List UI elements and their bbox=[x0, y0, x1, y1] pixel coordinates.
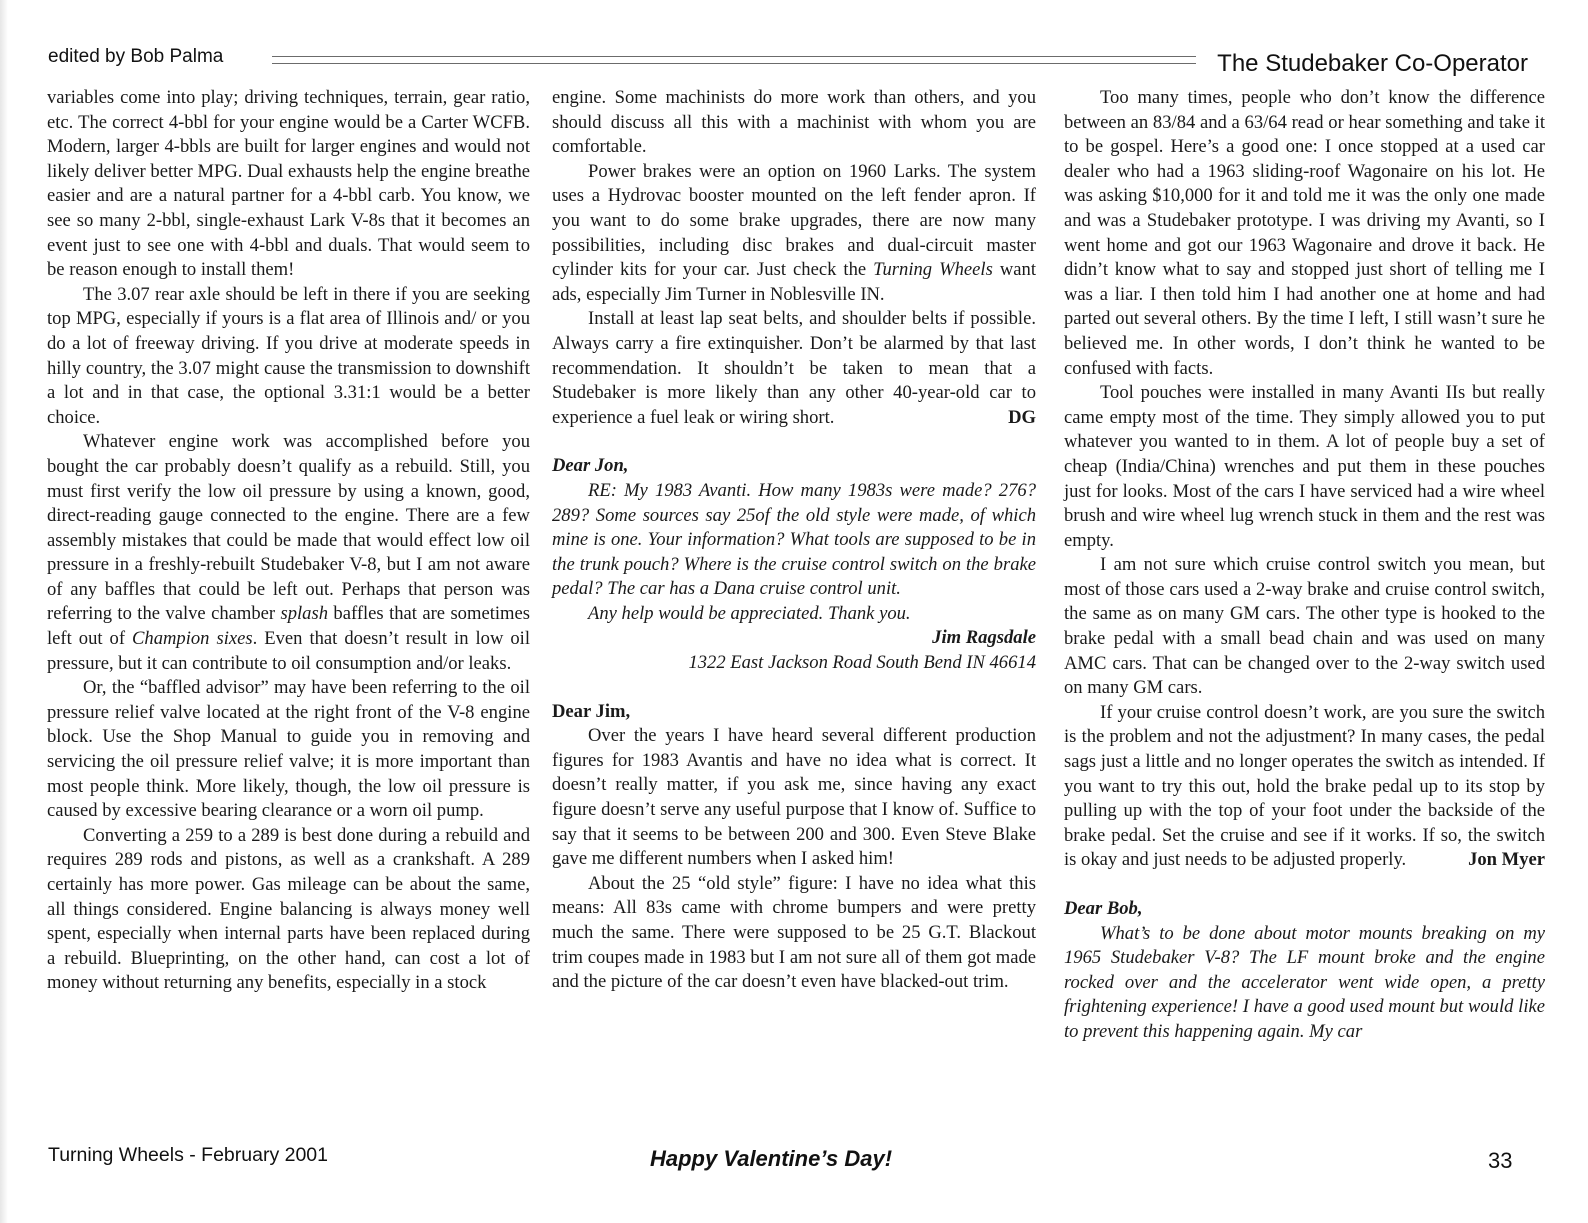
letter-signature: Jim Ragsdale bbox=[552, 626, 1036, 651]
paragraph: Or, the “baffled advisor” may have been … bbox=[47, 676, 530, 824]
paragraph: Over the years I have heard several diff… bbox=[552, 724, 1036, 872]
text-column-1: variables come into play; driving techni… bbox=[47, 86, 530, 996]
reply-salutation: Dear Jim, bbox=[552, 700, 1036, 725]
letter-address: 1322 East Jackson Road South Bend IN 466… bbox=[552, 651, 1036, 676]
paragraph: engine. Some machinists do more work tha… bbox=[552, 86, 1036, 160]
text-column-3: Too many times, people who don’t know th… bbox=[1064, 86, 1545, 1045]
paragraph: The 3.07 rear axle should be left in the… bbox=[47, 283, 530, 431]
header-editor-credit: edited by Bob Palma bbox=[48, 46, 223, 68]
letter-salutation: Dear Bob, bbox=[1064, 897, 1545, 922]
paragraph: Too many times, people who don’t know th… bbox=[1064, 86, 1545, 381]
header-column-title: The Studebaker Co-Operator bbox=[1217, 50, 1528, 78]
paragraph: Converting a 259 to a 289 is best done d… bbox=[47, 824, 530, 996]
header-rule-bottom bbox=[272, 63, 1196, 64]
paragraph: Install at least lap seat belts, and sho… bbox=[552, 307, 1036, 430]
paragraph: variables come into play; driving techni… bbox=[47, 86, 530, 283]
scan-edge-shadow bbox=[0, 0, 8, 1223]
paragraph: About the 25 “old style” figure: I have … bbox=[552, 872, 1036, 995]
paragraph: Whatever engine work was accomplished be… bbox=[47, 430, 530, 676]
author-signature: Jon Myer bbox=[1432, 848, 1545, 873]
paragraph: Power brakes were an option on 1960 Lark… bbox=[552, 160, 1036, 308]
paragraph: Tool pouches were installed in many Avan… bbox=[1064, 381, 1545, 553]
paragraph: I am not sure which cruise control switc… bbox=[1064, 553, 1545, 701]
italic-text: Turning Wheels bbox=[873, 259, 993, 280]
letter-paragraph: What’s to be done about motor mounts bre… bbox=[1064, 922, 1545, 1045]
author-initials: DG bbox=[972, 406, 1036, 431]
text-column-2: engine. Some machinists do more work tha… bbox=[552, 86, 1036, 995]
header-rule-top bbox=[272, 56, 1196, 57]
spacer bbox=[1064, 873, 1545, 897]
text-run: If your cruise control doesn’t work, are… bbox=[1064, 702, 1545, 871]
footer-publication-date: Turning Wheels - February 2001 bbox=[48, 1144, 328, 1167]
italic-text: Champion sixes bbox=[132, 628, 253, 649]
spacer bbox=[552, 430, 1036, 454]
spacer bbox=[552, 676, 1036, 700]
text-run: Whatever engine work was accomplished be… bbox=[47, 431, 530, 624]
letter-salutation: Dear Jon, bbox=[552, 454, 1036, 479]
magazine-page: edited by Bob Palma The Studebaker Co-Op… bbox=[0, 0, 1588, 1223]
footer-greeting: Happy Valentine’s Day! bbox=[650, 1146, 892, 1172]
letter-paragraph: RE: My 1983 Avanti. How many 1983s were … bbox=[552, 479, 1036, 602]
reader-letter: Dear Jon, RE: My 1983 Avanti. How many 1… bbox=[552, 454, 1036, 675]
italic-text: splash bbox=[280, 603, 328, 624]
paragraph: If your cruise control doesn’t work, are… bbox=[1064, 701, 1545, 873]
reader-letter: Dear Bob, What’s to be done about motor … bbox=[1064, 897, 1545, 1045]
page-number: 33 bbox=[1488, 1148, 1512, 1174]
letter-paragraph: Any help would be appreciated. Thank you… bbox=[552, 602, 1036, 627]
text-run: Install at least lap seat belts, and sho… bbox=[552, 308, 1036, 427]
